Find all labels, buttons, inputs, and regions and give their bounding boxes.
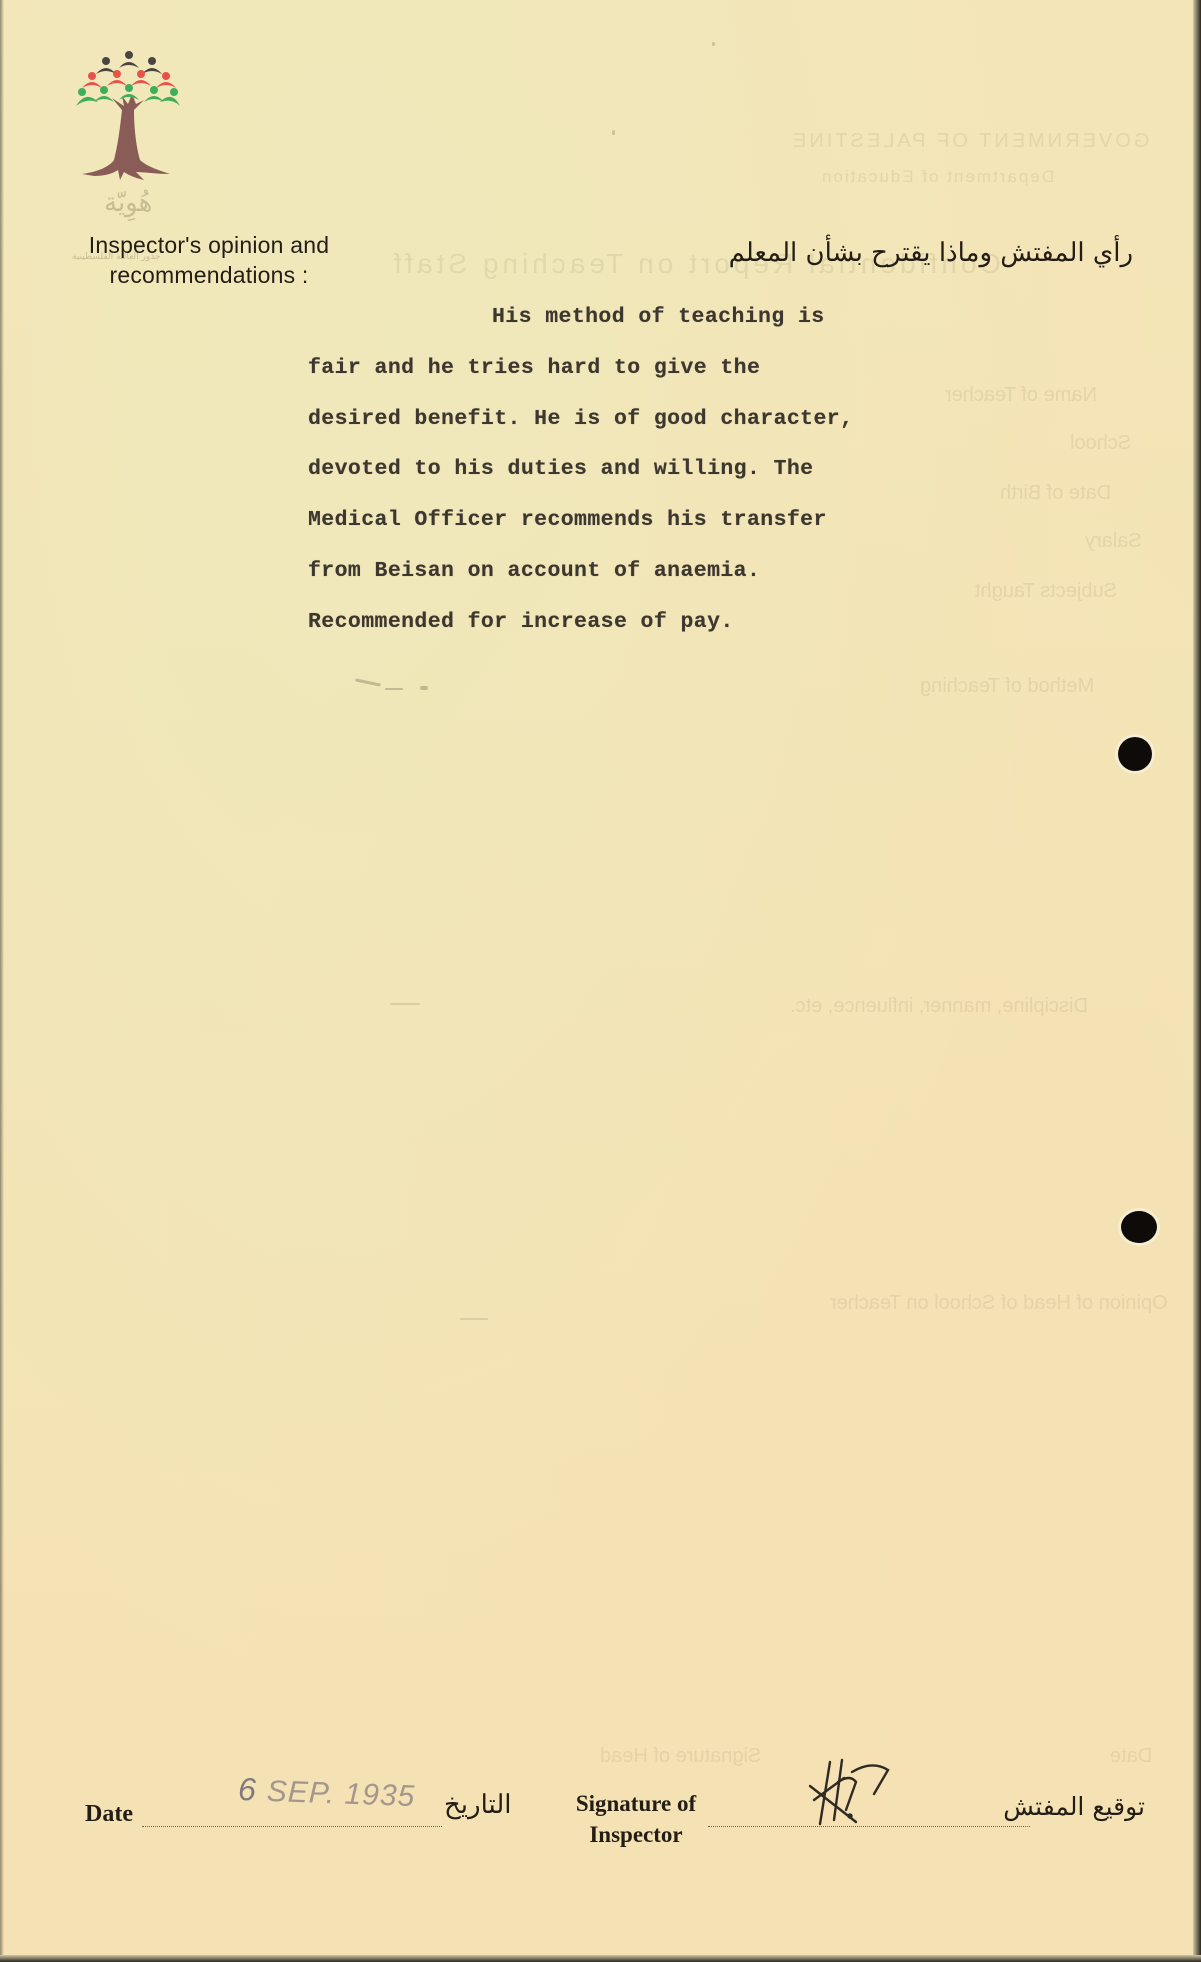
bleed-through-text: Date [1110, 1745, 1152, 1768]
date-label-arabic: التاريخ [444, 1790, 512, 1820]
bleed-through-text: School [1070, 432, 1131, 455]
handwritten-signature-icon [800, 1752, 900, 1842]
bleed-through-text: Department of Education [820, 167, 1054, 187]
punch-hole [1121, 1211, 1157, 1243]
typed-line: desired benefit. He is of good character… [308, 394, 1008, 445]
bleed-through-text: Salary [1085, 530, 1142, 553]
bleed-through-text: GOVERNMENT OF PALESTINE [790, 130, 1149, 153]
signature-label-arabic: توقيع المفتش [1003, 1792, 1145, 1821]
typed-line: devoted to his duties and willing. The [308, 444, 1008, 495]
typed-recommendation: His method of teaching is fair and he tr… [308, 292, 1008, 648]
stray-mark [385, 688, 403, 690]
label-line-1: Inspector's opinion and [74, 230, 344, 260]
stray-mark [420, 686, 428, 690]
typed-line: Recommended for increase of pay. [308, 597, 1008, 648]
stray-mark [712, 42, 715, 46]
bleed-through-text: Date of Birth [1000, 482, 1111, 505]
date-stamp-month-year: SEP. 1935 [266, 1775, 416, 1813]
stray-mark [390, 1003, 420, 1005]
typed-line: His method of teaching is [308, 292, 1008, 343]
family-tree-logo-icon [74, 48, 182, 188]
bleed-through-text: Method of Teaching [920, 675, 1094, 698]
watermark-title: هُوِيّة [104, 188, 152, 218]
signature-label-line-1: Signature of [556, 1788, 716, 1819]
stray-mark [355, 678, 381, 686]
typed-line: from Beisan on account of anaemia. [308, 546, 1008, 597]
date-stamp: 6SEP. 1935 [237, 1771, 416, 1814]
bleed-through-text: Discipline, manner, influence, etc. [790, 995, 1088, 1018]
inspector-opinion-label-arabic: رأي المفتش وماذا يقترح بشأن المعلم [729, 238, 1133, 268]
date-label: Date [85, 1801, 133, 1828]
typed-line: Medical Officer recommends his transfer [308, 495, 1008, 546]
date-stamp-day: 6 [237, 1771, 257, 1808]
page-edge-right [1193, 0, 1201, 1962]
stray-mark [612, 130, 615, 135]
typed-line: fair and he tries hard to give the [308, 343, 1008, 394]
bleed-through-text: Signature of Head [600, 1745, 761, 1768]
date-line [142, 1826, 442, 1827]
inspector-opinion-label: Inspector's opinion and recommendations … [74, 230, 344, 290]
stray-mark [460, 1318, 488, 1320]
signature-label-line-2: Inspector [556, 1819, 716, 1850]
punch-hole [1118, 737, 1152, 771]
label-line-2: recommendations : [74, 260, 344, 290]
signature-label: Signature of Inspector [556, 1788, 716, 1850]
document-page: GOVERNMENT OF PALESTINE Department of Ed… [0, 0, 1193, 1955]
page-edge-left [0, 0, 4, 1962]
page-edge-bottom [0, 1955, 1201, 1962]
bleed-through-text: Opinion of Head of School on Teacher [830, 1292, 1168, 1315]
